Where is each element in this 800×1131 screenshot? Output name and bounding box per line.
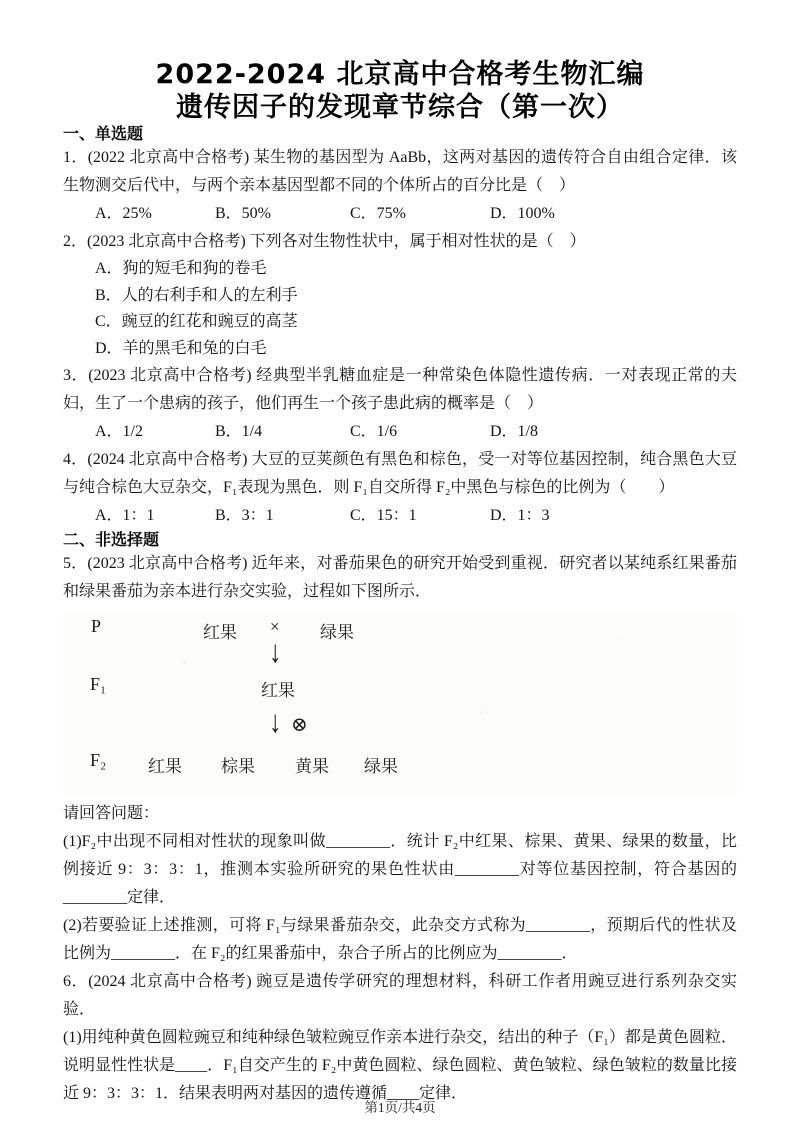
option-b: B．50% bbox=[215, 201, 350, 227]
question-2-stem: 2．(2023 北京高中合格考) 下列各对生物性状中，属于相对性状的是（ ） bbox=[63, 228, 737, 256]
option-d: D．100% bbox=[490, 201, 737, 227]
option-b: B．3：1 bbox=[215, 503, 350, 529]
question-5-part1: (1)F₂中出现不同相对性状的现象叫做________．统计 F₂中红果、棕果、… bbox=[63, 828, 737, 912]
section-heading-single-choice: 一、单选题 bbox=[63, 124, 737, 144]
question-5-prompt: 请回答问题： bbox=[63, 800, 737, 828]
option-c: C．15：1 bbox=[350, 503, 490, 529]
option-c: C．豌豆的红花和豌豆的高茎 bbox=[63, 309, 737, 336]
question-1-options: A．25% B．50% C．75% D．100% bbox=[63, 201, 737, 227]
question-5-stem: 5．(2023 北京高中合格考) 近年来，对番茄果色的研究开始受到重视．研究者以… bbox=[63, 550, 737, 606]
f2-yellow-fruit: 黄果 bbox=[295, 752, 329, 777]
p-green-fruit: 绿果 bbox=[320, 618, 354, 643]
option-c: C．1/6 bbox=[350, 419, 490, 445]
question-1: 1．(2022 北京高中合格考) 某生物的基因型为 AaBb，这两对基因的遗传符… bbox=[63, 144, 737, 227]
option-c: C．75% bbox=[350, 201, 490, 227]
section-heading-non-choice: 二、非选择题 bbox=[63, 530, 737, 550]
generation-p-label: P bbox=[91, 616, 101, 637]
question-3: 3．(2023 北京高中合格考) 经典型半乳糖血症是一种常染色体隐性遗传病．一对… bbox=[63, 362, 737, 445]
question-4-stem: 4．(2024 北京高中合格考) 大豆的豆荚颜色有黑色和棕色，受一对等位基因控制… bbox=[63, 446, 737, 502]
question-5-part2: (2)若要验证上述推测，可将 F₁与绿果番茄杂交，此杂交方式称为________… bbox=[63, 912, 737, 968]
selfing-symbol-icon: ⊗ bbox=[291, 712, 308, 737]
option-d: D．1：3 bbox=[490, 503, 737, 529]
page-number: 第1页/共4页 bbox=[0, 1096, 800, 1116]
question-6-stem: 6．(2024 北京高中合格考) 豌豆是遗传学研究的理想材料，科研工作者用豌豆进… bbox=[63, 968, 737, 1024]
question-3-options: A．1/2 B．1/4 C．1/6 D．1/8 bbox=[63, 419, 737, 445]
f2-green-fruit: 绿果 bbox=[364, 752, 398, 777]
question-1-stem: 1．(2022 北京高中合格考) 某生物的基因型为 AaBb，这两对基因的遗传符… bbox=[63, 144, 737, 200]
option-a: A．25% bbox=[95, 201, 215, 227]
p-red-fruit: 红果 bbox=[203, 618, 237, 643]
cross-symbol: × bbox=[270, 617, 280, 637]
option-a: A．1：1 bbox=[95, 503, 215, 529]
doc-title-line2: 遗传因子的发现章节综合（第一次） bbox=[63, 91, 737, 124]
option-b: B．1/4 bbox=[215, 419, 350, 445]
generation-f2-label: F₂ bbox=[90, 750, 106, 771]
question-4: 4．(2024 北京高中合格考) 大豆的豆荚颜色有黑色和棕色，受一对等位基因控制… bbox=[63, 446, 737, 529]
f2-red-fruit: 红果 bbox=[148, 752, 182, 777]
question-2-options: A．狗的短毛和狗的卷毛 B．人的右利手和人的左利手 C．豌豆的红花和豌豆的高茎 … bbox=[63, 256, 737, 362]
down-arrow-icon: ↓ bbox=[269, 637, 282, 668]
f1-red-fruit: 红果 bbox=[261, 676, 295, 701]
question-5: 5．(2023 北京高中合格考) 近年来，对番茄果色的研究开始受到重视．研究者以… bbox=[63, 550, 737, 968]
generation-f1-label: F₁ bbox=[90, 674, 106, 695]
question-2: 2．(2023 北京高中合格考) 下列各对生物性状中，属于相对性状的是（ ） A… bbox=[63, 228, 737, 362]
option-b: B．人的右利手和人的左利手 bbox=[63, 283, 737, 310]
exam-page: 2022-2024 北京高中合格考生物汇编 遗传因子的发现章节综合（第一次） 一… bbox=[0, 0, 800, 1131]
question-3-stem: 3．(2023 北京高中合格考) 经典型半乳糖血症是一种常染色体隐性遗传病．一对… bbox=[63, 362, 737, 418]
f2-brown-fruit: 棕果 bbox=[221, 752, 255, 777]
option-a: A．狗的短毛和狗的卷毛 bbox=[63, 256, 737, 283]
question-4-options: A．1：1 B．3：1 C．15：1 D．1：3 bbox=[63, 503, 737, 529]
question-6: 6．(2024 北京高中合格考) 豌豆是遗传学研究的理想材料，科研工作者用豌豆进… bbox=[63, 968, 737, 1108]
doc-title-line1: 2022-2024 北京高中合格考生物汇编 bbox=[63, 58, 737, 91]
down-arrow-icon: ↓ bbox=[269, 707, 282, 738]
option-d: D．1/8 bbox=[490, 419, 737, 445]
cross-experiment-diagram: P 红果 × 绿果 ↓ F₁ 红果 ↓ ⊗ F₂ 红果 棕果 黄果 绿果 bbox=[63, 610, 737, 796]
option-a: A．1/2 bbox=[95, 419, 215, 445]
option-d: D．羊的黑毛和兔的白毛 bbox=[63, 336, 737, 363]
